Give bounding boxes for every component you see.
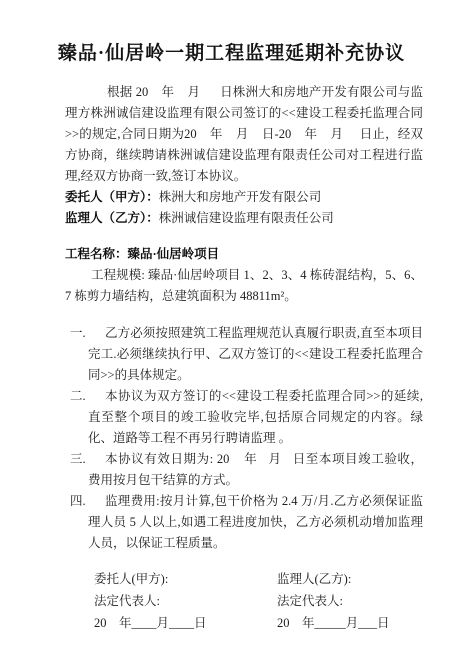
project-name-line: 工程名称：臻品·仙居岭项目 [65,244,423,265]
document-title: 臻品·仙居岭一期工程监理延期补充协议 [0,40,463,68]
client-party-value: 株洲大和房地产开发有限公司 [159,190,322,204]
clause-text: 本协议为双方签订的<<建设工程委托监理合同>>的延续,直至整个项目的竣工验收完毕… [88,386,423,449]
clause-number: 三. [70,449,86,470]
supervisor-party-value: 株洲诚信建设监理有限责任公司 [159,211,334,225]
clause-text: 本协议有效日期为: 20 年 月 日至本项目竣工验收， 费用按月包干结算的方式。 [88,449,423,491]
clause-text: 乙方必须按照建筑工程监理规范认真履行职责,直至本项目完工.必须继续执行甲、乙双方… [88,323,423,386]
clause-item-3: 三. 本协议有效日期为: 20 年 月 日至本项目竣工验收， 费用按月包干结算的… [65,449,423,491]
clause-number: 二. [70,386,86,407]
supervisor-party-line: 监理人（乙方）：株洲诚信建设监理有限责任公司 [65,208,423,229]
clause-item-4: 四. 监理费用:按月计算,包干价格为 2.4 万/月.乙方必须保证监理人员 5 … [65,491,423,554]
project-scale-paragraph: 工程规模: 臻品·仙居岭项目 1、2、3、4 栋砖混结构，5、6、7 栋剪力墙结… [65,265,423,307]
signature-client-party: 委托人(甲方): [94,568,277,590]
client-party-label: 委托人（甲方）： [65,190,159,204]
signature-client-representative: 法定代表人: [94,590,277,612]
client-party-line: 委托人（甲方）：株洲大和房地产开发有限公司 [65,187,423,208]
signature-supervisor-representative: 法定代表人: [277,590,460,612]
clause-item-1: 一. 乙方必须按照建筑工程监理规范认真履行职责,直至本项目完工.必须继续执行甲、… [65,323,423,386]
signature-client-column: 委托人(甲方): 法定代表人: 20 年____月____日 [94,568,277,634]
clause-item-2: 二. 本协议为双方签订的<<建设工程委托监理合同>>的延续,直至整个项目的竣工验… [65,386,423,449]
signature-supervisor-date: 20 年_____月___日 [277,612,460,634]
document-body: 根据 20 年 月 日株洲大和房地产开发有限公司与监理方株洲诚信建设监理有限公司… [65,82,423,634]
signature-supervisor-column: 监理人(乙方): 法定代表人: 20 年_____月___日 [277,568,460,634]
clause-number: 四. [70,491,86,512]
signature-client-date: 20 年____月____日 [94,612,277,634]
clause-list: 一. 乙方必须按照建筑工程监理规范认真履行职责,直至本项目完工.必须继续执行甲、… [65,323,423,554]
clause-number: 一. [70,323,86,344]
supervisor-party-label: 监理人（乙方）： [65,211,159,225]
signature-block: 委托人(甲方): 法定代表人: 20 年____月____日 监理人(乙方): … [94,568,423,634]
document-page: 臻品·仙居岭一期工程监理延期补充协议 根据 20 年 月 日株洲大和房地产开发有… [0,0,463,655]
signature-supervisor-party: 监理人(乙方): [277,568,460,590]
clause-text: 监理费用:按月计算,包干价格为 2.4 万/月.乙方必须保证监理人员 5 人以上… [88,491,423,554]
intro-paragraph: 根据 20 年 月 日株洲大和房地产开发有限公司与监理方株洲诚信建设监理有限公司… [65,82,423,187]
